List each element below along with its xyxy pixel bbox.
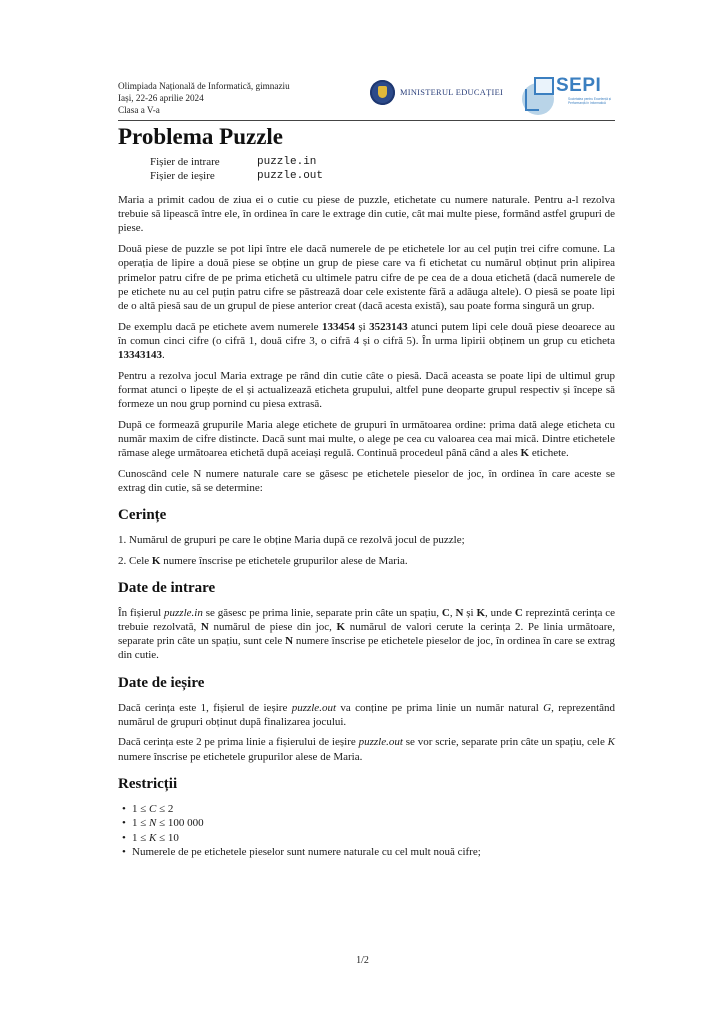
var-g: G (543, 702, 551, 714)
statement-paragraph-4: Pentru a rezolva jocul Maria extrage pe … (118, 369, 615, 412)
requirement-item: 1. Numărul de grupuri pe care le obține … (118, 533, 615, 547)
input-text: , unde (485, 607, 515, 619)
output-file-label: Fișier de ieșire (150, 169, 257, 183)
output-file-ref: puzzle.out (359, 736, 403, 748)
io-row-input: Fișier de intrare puzzle.in (150, 155, 323, 169)
header-divider (118, 120, 615, 121)
statement-paragraph-1: Maria a primit cadou de ziua ei o cutie … (118, 193, 615, 236)
ministry-logo-text: MINISTERUL EDUCAȚIEI (400, 88, 503, 97)
input-text: și (463, 607, 476, 619)
output-text: numere înscrise pe etichetele grupurilor… (118, 751, 362, 763)
restriction-k: 1 ≤ K ≤ 10 (122, 831, 615, 845)
var-c: C (515, 607, 523, 619)
restriction-digits: Numerele de pe etichetele pieselor sunt … (122, 845, 615, 859)
input-text: În fișierul (118, 607, 164, 619)
input-text: numărul de piese din joc, (209, 621, 337, 633)
selection-rule-text: etichete. (529, 447, 569, 459)
var-k: K (476, 607, 485, 619)
var-k: K (337, 621, 346, 633)
ministry-crest-icon (370, 80, 395, 105)
sepi-monitor-icon (534, 77, 554, 95)
var-n: N (285, 635, 293, 647)
example-number-2: 3523143 (369, 321, 408, 333)
output-file-ref: puzzle.out (292, 702, 336, 714)
header-class: Clasa a V-a (118, 104, 290, 116)
output-text: va conține pe prima linie un număr natur… (336, 702, 543, 714)
requirement-text: numere înscrise pe etichetele grupurilor… (160, 555, 407, 567)
requirement-text: 2. Cele (118, 555, 152, 567)
restriction-bound: ≤ 10 (156, 832, 179, 844)
input-file-label: Fișier de intrare (150, 155, 257, 169)
example-result: 13343143 (118, 349, 162, 361)
requirements-heading: Cerințe (118, 507, 615, 524)
output-description-1: Dacă cerința este 1, fișierul de ieșire … (118, 701, 615, 729)
restrictions-list: 1 ≤ C ≤ 2 1 ≤ N ≤ 100 000 1 ≤ K ≤ 10 Num… (118, 802, 615, 860)
output-text: Dacă cerința este 1, fișierul de ieșire (118, 702, 292, 714)
ministry-logo: MINISTERUL EDUCAȚIEI (370, 80, 503, 105)
statement-paragraph-6: Cunoscând cele N numere naturale care se… (118, 467, 615, 495)
output-heading: Date de ieșire (118, 675, 615, 692)
var-n: N (201, 621, 209, 633)
input-text: se găsesc pe prima linie, separate prin … (203, 607, 442, 619)
input-heading: Date de intrare (118, 580, 615, 597)
input-file-ref: puzzle.in (164, 607, 203, 619)
problem-content: Maria a primit cadou de ziua ei o cutie … (118, 193, 615, 860)
sepi-logo-text: SEPI (556, 75, 601, 97)
example-text: și (355, 321, 369, 333)
document-page: Olimpiada Națională de Informatică, gimn… (0, 0, 725, 1024)
input-file-name: puzzle.in (257, 155, 316, 169)
requirement-item: 2. Cele K numere înscrise pe etichetele … (118, 554, 615, 568)
var-k: K (608, 736, 615, 748)
restriction-c: 1 ≤ C ≤ 2 (122, 802, 615, 816)
header-location-date: Iași, 22-26 aprilie 2024 (118, 92, 290, 104)
example-text: De exemplu dacă pe etichete avem numerel… (118, 321, 322, 333)
header-text: Olimpiada Națională de Informatică, gimn… (118, 80, 290, 116)
io-files-table: Fișier de intrare puzzle.in Fișier de ie… (150, 155, 323, 183)
statement-paragraph-2: Două piese de puzzle se pot lipi între e… (118, 242, 615, 313)
restriction-n: 1 ≤ N ≤ 100 000 (122, 816, 615, 830)
output-text: se vor scrie, separate prin câte un spaț… (403, 736, 608, 748)
statement-paragraph-5: După ce formează grupurile Maria alege e… (118, 418, 615, 461)
var-k: K (521, 447, 530, 459)
example-number-1: 133454 (322, 321, 355, 333)
var-c: C (442, 607, 450, 619)
header-olympiad: Olimpiada Națională de Informatică, gimn… (118, 80, 290, 92)
input-description: În fișierul puzzle.in se găsesc pe prima… (118, 606, 615, 663)
restriction-bound: 1 ≤ (132, 832, 149, 844)
restriction-bound: ≤ 2 (156, 803, 173, 815)
page-title: Problema Puzzle (118, 124, 283, 150)
output-description-2: Dacă cerința este 2 pe prima linie a fiș… (118, 735, 615, 763)
example-text: . (162, 349, 165, 361)
page-number: 1/2 (0, 955, 725, 966)
sepi-logo-subtext: Societatea pentru Excelență și Performan… (568, 97, 612, 105)
restriction-bound: 1 ≤ (132, 817, 149, 829)
restriction-bound: ≤ 100 000 (156, 817, 203, 829)
statement-paragraph-example: De exemplu dacă pe etichete avem numerel… (118, 320, 615, 363)
sepi-logo: SEPI Societatea pentru Excelență și Perf… (520, 75, 615, 117)
io-row-output: Fișier de ieșire puzzle.out (150, 169, 323, 183)
output-file-name: puzzle.out (257, 169, 323, 183)
restriction-bound: 1 ≤ (132, 803, 149, 815)
output-text: Dacă cerința este 2 pe prima linie a fiș… (118, 736, 359, 748)
requirements-list: 1. Numărul de grupuri pe care le obține … (118, 533, 615, 567)
restrictions-heading: Restricții (118, 776, 615, 793)
